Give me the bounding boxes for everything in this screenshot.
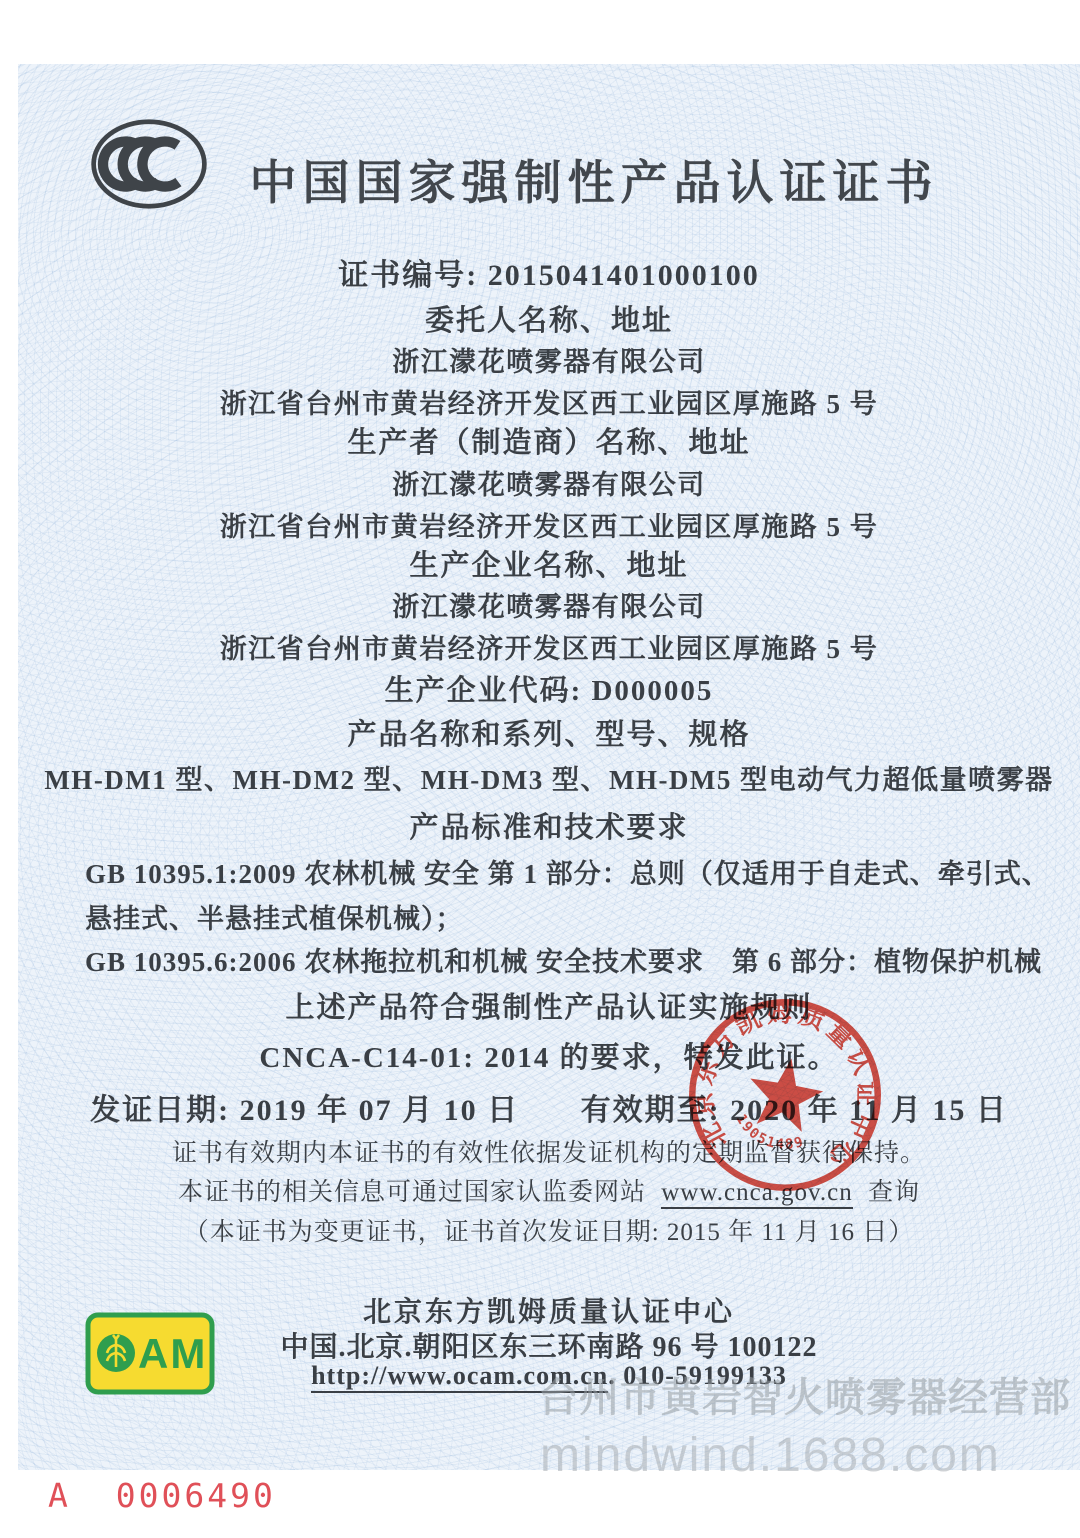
standard-line-2: 悬挂式、半悬挂式植保机械）； bbox=[85, 897, 1060, 936]
factory-address: 浙江省台州市黄岩经济开发区西工业园区厚施路 5 号 bbox=[18, 627, 1080, 666]
cam-logo-letters: AM bbox=[138, 1330, 207, 1377]
change-note: （本证书为变更证书，证书首次发证日期: 2015 年 11 月 16 日） bbox=[18, 1212, 1080, 1248]
info-note: 本证书的相关信息可通过国家认监委网站 www.cnca.gov.cn 查询 bbox=[18, 1172, 1080, 1208]
watermark-shop-name: 台州市黄岩智火喷雾器经营部 bbox=[538, 1366, 1071, 1423]
info-note-prefix: 本证书的相关信息可通过国家认监委网站 bbox=[178, 1179, 646, 1206]
manufacturer-name: 浙江濛花喷雾器有限公司 bbox=[18, 463, 1080, 502]
certificate-scan: { "title": "中国国家强制性产品认证证书", "cert": { "n… bbox=[0, 0, 1080, 1538]
validity-note: 证书有效期内本证书的有效性依据发证机构的定期监督获得保持。 bbox=[18, 1133, 1080, 1169]
date-line: 发证日期: 2019 年 07 月 10 日 有效期至: 2020 年 11 月… bbox=[18, 1085, 1080, 1129]
standards-label: 产品标准和技术要求 bbox=[18, 805, 1080, 846]
manufacturer-label: 生产者（制造商）名称、地址 bbox=[18, 420, 1080, 461]
info-note-suffix: 查询 bbox=[868, 1179, 920, 1206]
conformity-line-2: CNCA-C14-01: 2014 的要求，特发此证。 bbox=[18, 1035, 1080, 1076]
issuer-website-prefix: http:// bbox=[311, 1361, 387, 1390]
applicant-name: 浙江濛花喷雾器有限公司 bbox=[18, 340, 1080, 379]
certificate-number: 证书编号: 2015041401000100 bbox=[18, 250, 1080, 294]
applicant-label: 委托人名称、地址 bbox=[18, 298, 1080, 339]
applicant-address: 浙江省台州市黄岩经济开发区西工业园区厚施路 5 号 bbox=[18, 382, 1080, 421]
factory-name: 浙江濛花喷雾器有限公司 bbox=[18, 585, 1080, 624]
manufacturer-address: 浙江省台州市黄岩经济开发区西工业园区厚施路 5 号 bbox=[18, 505, 1080, 544]
cam-logo: AM bbox=[85, 1312, 215, 1395]
stamp-star-icon bbox=[743, 1052, 828, 1134]
product-label: 产品名称和系列、型号、规格 bbox=[18, 712, 1080, 753]
certificate-title: 中国国家强制性产品认证证书 bbox=[108, 146, 1080, 213]
product-models: MH-DM1 型、MH-DM2 型、MH-DM3 型、MH-DM5 型电动气力超… bbox=[18, 758, 1080, 797]
issue-date: 发证日期: 2019 年 07 月 10 日 bbox=[90, 1085, 519, 1129]
standard-line-1: GB 10395.1:2009 农林机械 安全 第 1 部分：总则（仅适用于自走… bbox=[85, 852, 1060, 891]
certification-stamp: 北京东方凯姆质量认证中心 19051489 bbox=[667, 977, 903, 1213]
conformity-line-1: 上述产品符合强制性产品认证实施规则 bbox=[18, 985, 1080, 1026]
serial-number: A 0006490 bbox=[48, 1476, 276, 1515]
standard-line-3: GB 10395.6:2006 农林拖拉机和机械 安全技术要求 第 6 部分：植… bbox=[85, 940, 1060, 979]
factory-label: 生产企业名称、地址 bbox=[18, 543, 1080, 584]
factory-code: 生产企业代码: D000005 bbox=[18, 668, 1080, 709]
certificate-paper: 中国国家强制性产品认证证书 证书编号: 2015041401000100 委托人… bbox=[18, 64, 1080, 1470]
watermark-url: mindwind.1688.com bbox=[540, 1428, 1001, 1483]
